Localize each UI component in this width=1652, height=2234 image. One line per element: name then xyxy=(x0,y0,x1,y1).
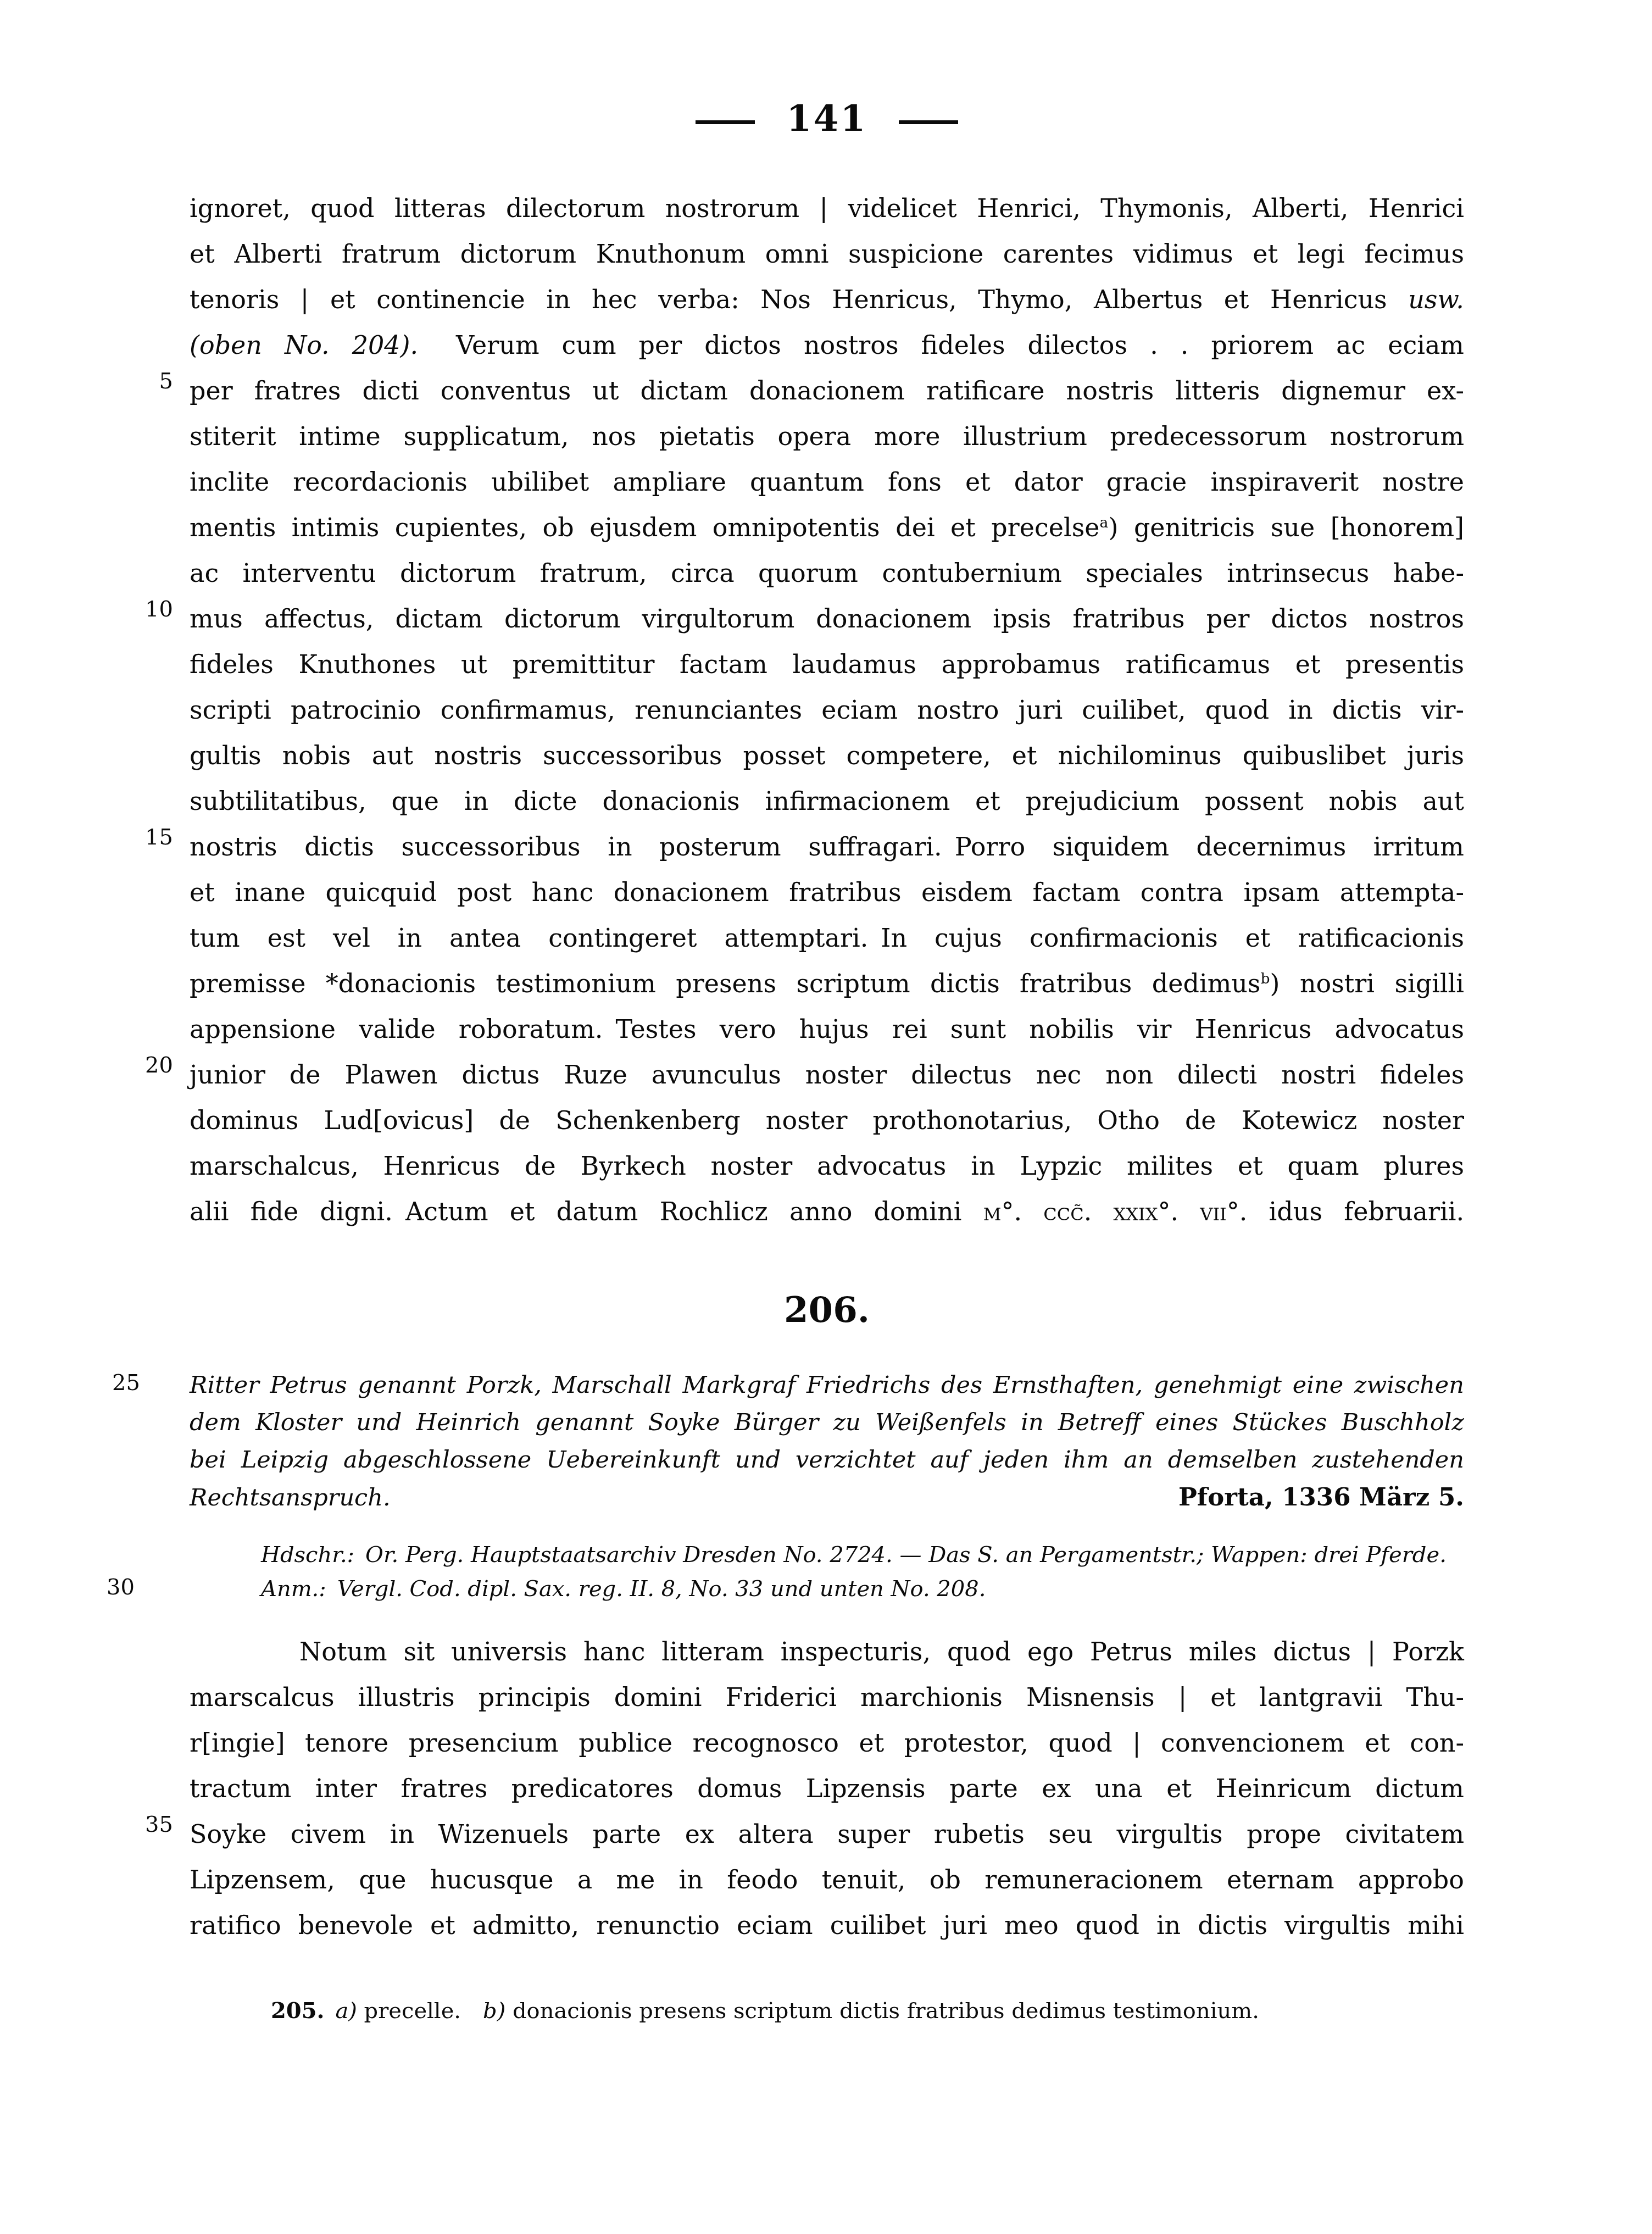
text-segment: fideles Knuthones ut premittitur factam … xyxy=(190,649,1464,679)
line-text: ignoret, quod litteras dilectorum nostro… xyxy=(190,186,1464,231)
line-text: inclite recordacionis ubilibet ampliare … xyxy=(190,459,1464,505)
line-text: ratifico benevole et admitto, renunctio … xyxy=(190,1903,1464,1948)
text-segment: inclite recordacionis ubilibet ampliare … xyxy=(190,467,1464,497)
line-text: Soyke civem in Wizenuels parte ex altera… xyxy=(190,1811,1464,1857)
text-line: et Alberti fratrum dictorum Knuthonum om… xyxy=(190,231,1464,277)
text-line: ignoret, quod litteras dilectorum nostro… xyxy=(190,186,1464,231)
text-segment: b xyxy=(1260,970,1270,987)
text-segment: Ritter Petrus genannt Porzk, Marschall M… xyxy=(190,1371,1464,1399)
text-line: fideles Knuthones ut premittitur factam … xyxy=(190,642,1464,687)
footnote-205: 205. a) precelle. b) donacionis presens … xyxy=(190,1996,1464,2026)
text-segment: dem Kloster und Heinrich genannt Soyke B… xyxy=(190,1409,1464,1436)
text-line: 10mus affectus, dictam dictorum virgulto… xyxy=(190,596,1464,642)
text-segment: ignoret, quod litteras dilectorum nostro… xyxy=(190,193,1464,223)
line-text: Ritter Petrus genannt Porzk, Marschall M… xyxy=(190,1366,1464,1404)
text-line: mentis intimis cupientes, ob ejusdem omn… xyxy=(190,505,1464,551)
text-segment: (oben No. 204). xyxy=(190,330,418,360)
text-line: dem Kloster und Heinrich genannt Soyke B… xyxy=(190,1404,1464,1441)
text-line: marscalcus illustris principis domini Fr… xyxy=(190,1675,1464,1720)
line-text: premisse *donacionis testimonium presens… xyxy=(190,961,1464,1007)
doc-206-source-notes: Hdschr.: Or. Perg. Hauptstaatsarchiv Dre… xyxy=(261,1538,1464,1606)
text-segment: idus februarii. xyxy=(1247,1197,1464,1226)
line-text: r[ingie] tenore presencium publice recog… xyxy=(190,1720,1464,1766)
text-segment: tenoris | et continencie in hec verba: N… xyxy=(190,285,1408,314)
header-rule-left xyxy=(696,120,755,124)
line-text: per fratres dicti conventus ut dictam do… xyxy=(190,368,1464,414)
text-line: 30Anm.: Vergl. Cod. dipl. Sax. reg. II. … xyxy=(261,1572,1464,1606)
text-line: Lipzensem, que hucusque a me in feodo te… xyxy=(190,1857,1464,1903)
text-line: 35Soyke civem in Wizenuels parte ex alte… xyxy=(190,1811,1464,1857)
line-text: junior de Plawen dictus Ruze avunculus n… xyxy=(190,1052,1464,1098)
text-segment: Soyke civem in Wizenuels parte ex altera… xyxy=(190,1819,1464,1849)
text-line: scripti patrocinio confirmamus, renuncia… xyxy=(190,687,1464,733)
text-segment: Verum cum per dictos nostros fideles dil… xyxy=(418,330,1464,360)
line-text: Notum sit universis hanc litteram inspec… xyxy=(190,1629,1464,1675)
text-segment: bei Leipzig abgeschlossene Uebereinkunft… xyxy=(190,1446,1464,1474)
text-segment: premisse *donacionis testimonium presens… xyxy=(190,969,1260,998)
text-segment: r[ingie] tenore presencium publice recog… xyxy=(190,1728,1464,1758)
text-segment: Hdschr.: Or. Perg. Hauptstaatsarchiv Dre… xyxy=(261,1542,1447,1568)
text-segment: junior de Plawen dictus Ruze avunculus n… xyxy=(190,1060,1464,1090)
text-line: premisse *donacionis testimonium presens… xyxy=(190,961,1464,1007)
text-segment xyxy=(324,1998,335,2024)
margin-line-number: 35 xyxy=(145,1814,173,1836)
text-segment: b) xyxy=(483,1998,505,2024)
line-text: mus affectus, dictam dictorum virgultoru… xyxy=(190,596,1464,642)
text-segment: a xyxy=(1100,514,1109,531)
scanned-book-page: 141 ignoret, quod litteras dilectorum no… xyxy=(0,0,1652,2234)
text-line: tum est vel in antea contingeret attempt… xyxy=(190,915,1464,961)
margin-line-number: 10 xyxy=(145,598,173,620)
text-segment: Notum sit universis hanc litteram inspec… xyxy=(299,1637,1464,1666)
header-rule-right xyxy=(899,120,958,124)
margin-line-number: 25 xyxy=(112,1372,140,1394)
text-segment: et inane quicquid post hanc donacionem f… xyxy=(190,877,1464,907)
text-line: stiterit intime supplicatum, nos pietati… xyxy=(190,414,1464,459)
line-text: mentis intimis cupientes, ob ejusdem omn… xyxy=(190,505,1464,551)
text-line: Notum sit universis hanc litteram inspec… xyxy=(190,1629,1464,1675)
line-text: marschalcus, Henricus de Byrkech noster … xyxy=(190,1143,1464,1189)
margin-line-number: 15 xyxy=(145,826,173,848)
line-text: dem Kloster und Heinrich genannt Soyke B… xyxy=(190,1404,1464,1441)
line-text: subtilitatibus, que in dicte donacionis … xyxy=(190,779,1464,824)
doc-206-summary: 25Ritter Petrus genannt Porzk, Marschall… xyxy=(190,1366,1464,1516)
text-segment: marscalcus illustris principis domini Fr… xyxy=(190,1682,1464,1712)
text-line: gultis nobis aut nostris successoribus p… xyxy=(190,733,1464,779)
doc-206-text: Notum sit universis hanc litteram inspec… xyxy=(190,1629,1464,1948)
line-text: (oben No. 204). Verum cum per dictos nos… xyxy=(190,323,1464,368)
text-segment: mentis intimis cupientes, ob ejusdem omn… xyxy=(190,513,1100,542)
text-segment: alii fide digni. Actum et datum Rochlicz… xyxy=(190,1197,983,1226)
text-line: tractum inter fratres predicatores domus… xyxy=(190,1766,1464,1811)
text-line: Hdschr.: Or. Perg. Hauptstaatsarchiv Dre… xyxy=(261,1538,1464,1572)
line-text: Anm.: Vergl. Cod. dipl. Sax. reg. II. 8,… xyxy=(261,1572,1464,1606)
text-segment: Lipzensem, que hucusque a me in feodo te… xyxy=(190,1865,1464,1894)
text-segment: per fratres dicti conventus ut dictam do… xyxy=(190,376,1464,405)
line-text: nostris dictis successoribus in posterum… xyxy=(190,824,1464,870)
text-line: appensione valide roboratum. Testes vero… xyxy=(190,1007,1464,1052)
margin-line-number: 20 xyxy=(145,1054,173,1076)
line-text: appensione valide roboratum. Testes vero… xyxy=(190,1007,1464,1052)
text-segment: Rechtsanspruch. xyxy=(190,1484,391,1511)
line-text: stiterit intime supplicatum, nos pietati… xyxy=(190,414,1464,459)
line-text: scripti patrocinio confirmamus, renuncia… xyxy=(190,687,1464,733)
text-segment: tum est vel in antea contingeret attempt… xyxy=(190,923,1464,953)
page-header: 141 xyxy=(190,93,1464,143)
text-line: marschalcus, Henricus de Byrkech noster … xyxy=(190,1143,1464,1189)
margin-line-number: 30 xyxy=(107,1576,135,1598)
text-line: 20junior de Plawen dictus Ruze avunculus… xyxy=(190,1052,1464,1098)
text-segment: m°. ccc̃. xxix°. vii°. xyxy=(983,1197,1248,1226)
text-segment: ) nostri sigilli xyxy=(1270,969,1464,998)
line-text: Hdschr.: Or. Perg. Hauptstaatsarchiv Dre… xyxy=(261,1538,1464,1572)
text-segment: tractum inter fratres predicatores domus… xyxy=(190,1774,1464,1803)
text-line: 5per fratres dicti conventus ut dictam d… xyxy=(190,368,1464,414)
doc-205-text: ignoret, quod litteras dilectorum nostro… xyxy=(190,186,1464,1235)
line-text: tractum inter fratres predicatores domus… xyxy=(190,1766,1464,1811)
text-segment: ) genitricis sue [honorem] xyxy=(1108,513,1464,542)
text-segment: 205. xyxy=(271,1998,324,2024)
page-number: 141 xyxy=(787,100,867,136)
line-text: fideles Knuthones ut premittitur factam … xyxy=(190,642,1464,687)
text-segment: et Alberti fratrum dictorum Knuthonum om… xyxy=(190,239,1464,269)
text-line: r[ingie] tenore presencium publice recog… xyxy=(190,1720,1464,1766)
line-text: Rechtsanspruch. xyxy=(190,1479,391,1516)
line-text: dominus Lud[ovicus] de Schenkenberg nost… xyxy=(190,1098,1464,1143)
line-text: gultis nobis aut nostris successoribus p… xyxy=(190,733,1464,779)
text-segment: ratifico benevole et admitto, renunctio … xyxy=(190,1910,1464,1940)
text-line: ac interventu dictorum fratrum, circa qu… xyxy=(190,551,1464,596)
text-segment: mus affectus, dictam dictorum virgultoru… xyxy=(190,604,1464,633)
text-segment: usw. xyxy=(1408,285,1464,314)
text-segment: scripti patrocinio confirmamus, renuncia… xyxy=(190,695,1464,725)
text-line: inclite recordacionis ubilibet ampliare … xyxy=(190,459,1464,505)
text-segment: a) xyxy=(335,1998,357,2024)
text-segment: donacionis presens scriptum dictis fratr… xyxy=(505,1998,1259,2024)
text-line: tenoris | et continencie in hec verba: N… xyxy=(190,277,1464,323)
text-segment: dominus Lud[ovicus] de Schenkenberg nost… xyxy=(190,1105,1464,1135)
doc-206-heading: 206. xyxy=(190,1288,1464,1332)
text-line: subtilitatibus, que in dicte donacionis … xyxy=(190,779,1464,824)
line-text: ac interventu dictorum fratrum, circa qu… xyxy=(190,551,1464,596)
summary-dateline: Pforta, 1336 März 5. xyxy=(1178,1479,1464,1516)
text-line: et inane quicquid post hanc donacionem f… xyxy=(190,870,1464,915)
text-line: 15nostris dictis successoribus in poster… xyxy=(190,824,1464,870)
text-segment: ac interventu dictorum fratrum, circa qu… xyxy=(190,558,1464,588)
text-segment: nostris dictis successoribus in posterum… xyxy=(190,832,1464,862)
text-line: 25Ritter Petrus genannt Porzk, Marschall… xyxy=(190,1366,1464,1404)
text-segment: gultis nobis aut nostris successoribus p… xyxy=(190,741,1464,770)
text-segment: Anm.: Vergl. Cod. dipl. Sax. reg. II. 8,… xyxy=(261,1576,986,1602)
line-text: et inane quicquid post hanc donacionem f… xyxy=(190,870,1464,915)
text-line: Rechtsanspruch.Pforta, 1336 März 5. xyxy=(190,1479,1464,1516)
text-segment: stiterit intime supplicatum, nos pietati… xyxy=(190,421,1464,451)
text-segment: precelle. xyxy=(357,1998,483,2024)
line-text: Lipzensem, que hucusque a me in feodo te… xyxy=(190,1857,1464,1903)
text-line: alii fide digni. Actum et datum Rochlicz… xyxy=(190,1189,1464,1235)
text-segment: Pforta, 1336 März 5. xyxy=(1178,1482,1464,1511)
text-line: (oben No. 204). Verum cum per dictos nos… xyxy=(190,323,1464,368)
line-text: alii fide digni. Actum et datum Rochlicz… xyxy=(190,1189,1464,1235)
text-segment: appensione valide roboratum. Testes vero… xyxy=(190,1014,1464,1044)
text-line: ratifico benevole et admitto, renunctio … xyxy=(190,1903,1464,1948)
text-line: bei Leipzig abgeschlossene Uebereinkunft… xyxy=(190,1441,1464,1479)
line-text: tum est vel in antea contingeret attempt… xyxy=(190,915,1464,961)
line-text: tenoris | et continencie in hec verba: N… xyxy=(190,277,1464,323)
line-text: bei Leipzig abgeschlossene Uebereinkunft… xyxy=(190,1441,1464,1479)
line-text: marscalcus illustris principis domini Fr… xyxy=(190,1675,1464,1720)
text-line: dominus Lud[ovicus] de Schenkenberg nost… xyxy=(190,1098,1464,1143)
text-segment: marschalcus, Henricus de Byrkech noster … xyxy=(190,1151,1464,1181)
margin-line-number: 5 xyxy=(159,370,173,392)
text-segment: subtilitatibus, que in dicte donacionis … xyxy=(190,786,1464,816)
line-text: et Alberti fratrum dictorum Knuthonum om… xyxy=(190,231,1464,277)
